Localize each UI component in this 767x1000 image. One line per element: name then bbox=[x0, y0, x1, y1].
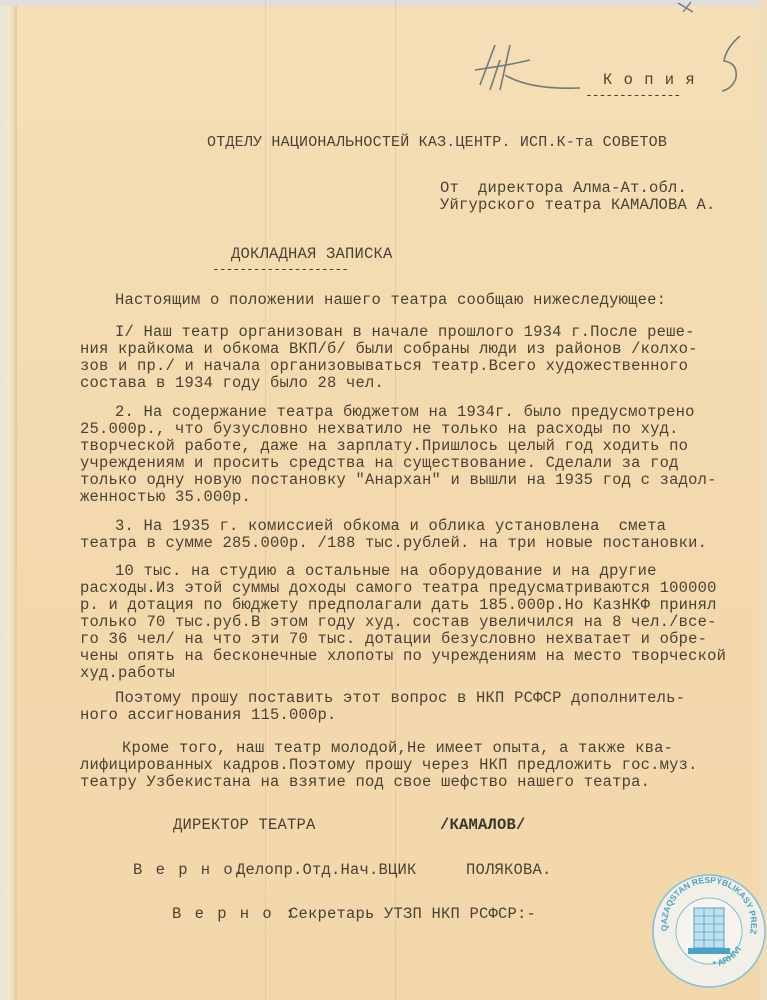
paragraph-line: ного ассигнования 115.000р. bbox=[80, 707, 337, 724]
corner-mark-icon bbox=[673, 0, 703, 15]
paragraph-line: Кроме того, наш театр молодой,Не имеет о… bbox=[122, 740, 673, 757]
document-title: ДОКЛАДНАЯ ЗАПИСКА bbox=[231, 246, 393, 263]
paragraph-line: 3. На 1935 г. комиссией обкома и облика … bbox=[115, 518, 666, 535]
paragraph-line: Поэтому прошу поставить этот вопрос в НК… bbox=[115, 690, 685, 707]
signature-name: /КАМАЛОВ/ bbox=[440, 817, 526, 834]
paragraph-line: чены опять на бесконечные хлопоты по учр… bbox=[80, 648, 726, 665]
paragraph-line: зов и пр./ и начала организовываться теа… bbox=[80, 358, 688, 375]
paragraph-line: 25.000р., что бузусловно нехватило не то… bbox=[80, 421, 679, 438]
certification-text: Делопр.Отд.Нач.ВЦИК bbox=[236, 862, 417, 879]
signature-title: ДИРЕКТОР ТЕАТРА bbox=[173, 817, 316, 834]
paragraph-line: творческой работе, даже на зарплату.Приш… bbox=[80, 438, 688, 455]
handwritten-page-number-icon bbox=[718, 33, 748, 93]
copy-mark: К о п и я bbox=[603, 72, 696, 89]
scan-left-edge bbox=[0, 6, 15, 1000]
paragraph-line: ния крайкома и обкома ВКП/б/ были собран… bbox=[80, 341, 698, 358]
paragraph-line: 2. На содержание театра бюджетом на 1934… bbox=[115, 404, 695, 421]
paragraph-line: I/ Наш театр организован в начале прошло… bbox=[115, 324, 695, 341]
handwritten-scribble-icon bbox=[470, 40, 590, 100]
copy-underline: -------------- bbox=[585, 88, 680, 103]
certification-name: ПОЛЯКОВА. bbox=[466, 862, 552, 879]
paragraph-line: учреждениям и просить средства на сущест… bbox=[80, 455, 679, 472]
paragraph-line: расходы.Из этой суммы доходы самого теат… bbox=[80, 580, 717, 597]
paragraph-line: женностью 35.000р. bbox=[80, 489, 251, 506]
paragraph-line: только 70 тыс.руб.В этом году худ. соста… bbox=[80, 614, 717, 631]
paragraph-line: театра в сумме 285.000р. /188 тыс.рублей… bbox=[80, 535, 707, 552]
document-page: К о п и я -------------- ОТДЕЛУ НАЦИОНАЛ… bbox=[0, 0, 767, 1000]
from-line-1: От директора Алма-Ат.обл. bbox=[440, 180, 687, 197]
paragraph-line: го 36 чел/ на что эти 70 тыс. дотации бе… bbox=[80, 631, 707, 648]
addressee: ОТДЕЛУ НАЦИОНАЛЬНОСТЕЙ КАЗ.ЦЕНТР. ИСП.К-… bbox=[207, 134, 667, 151]
paragraph-line: состава в 1934 году было 28 чел. bbox=[80, 375, 384, 392]
paragraph-line: только одну новую постановку "Анархан" и… bbox=[80, 472, 717, 489]
paragraph-line: 10 тыс. на студию а остальные на оборудо… bbox=[115, 563, 657, 580]
intro-line: Настоящим о положении нашего театра сооб… bbox=[115, 292, 666, 309]
archive-stamp-icon: QAZAQSTAN RESPÝBLIKASY PREZIDENTINIŃ * A… bbox=[650, 872, 767, 990]
paragraph-line: р. и дотация по бюджету предполагали дат… bbox=[80, 597, 717, 614]
title-underline: -------------------- bbox=[212, 262, 348, 277]
paragraph-line: театру Узбекистана на взятие под свое ше… bbox=[80, 774, 650, 791]
certification-label: В е р н о : bbox=[172, 906, 296, 923]
paragraph-line: лифицированных кадров.Поэтому прошу чере… bbox=[80, 757, 698, 774]
paragraph-line: худ.работы bbox=[80, 665, 175, 682]
certification-text: Секретарь УТЗП НКП РСФСР:- bbox=[289, 906, 536, 923]
from-line-2: Уйгурского театра КАМАЛОВА А. bbox=[440, 197, 716, 214]
scan-top-edge bbox=[0, 0, 767, 6]
paper-edge-line bbox=[15, 6, 17, 1000]
certification-label: В е р н о: bbox=[133, 862, 246, 879]
scan-right-edge bbox=[759, 0, 767, 1000]
